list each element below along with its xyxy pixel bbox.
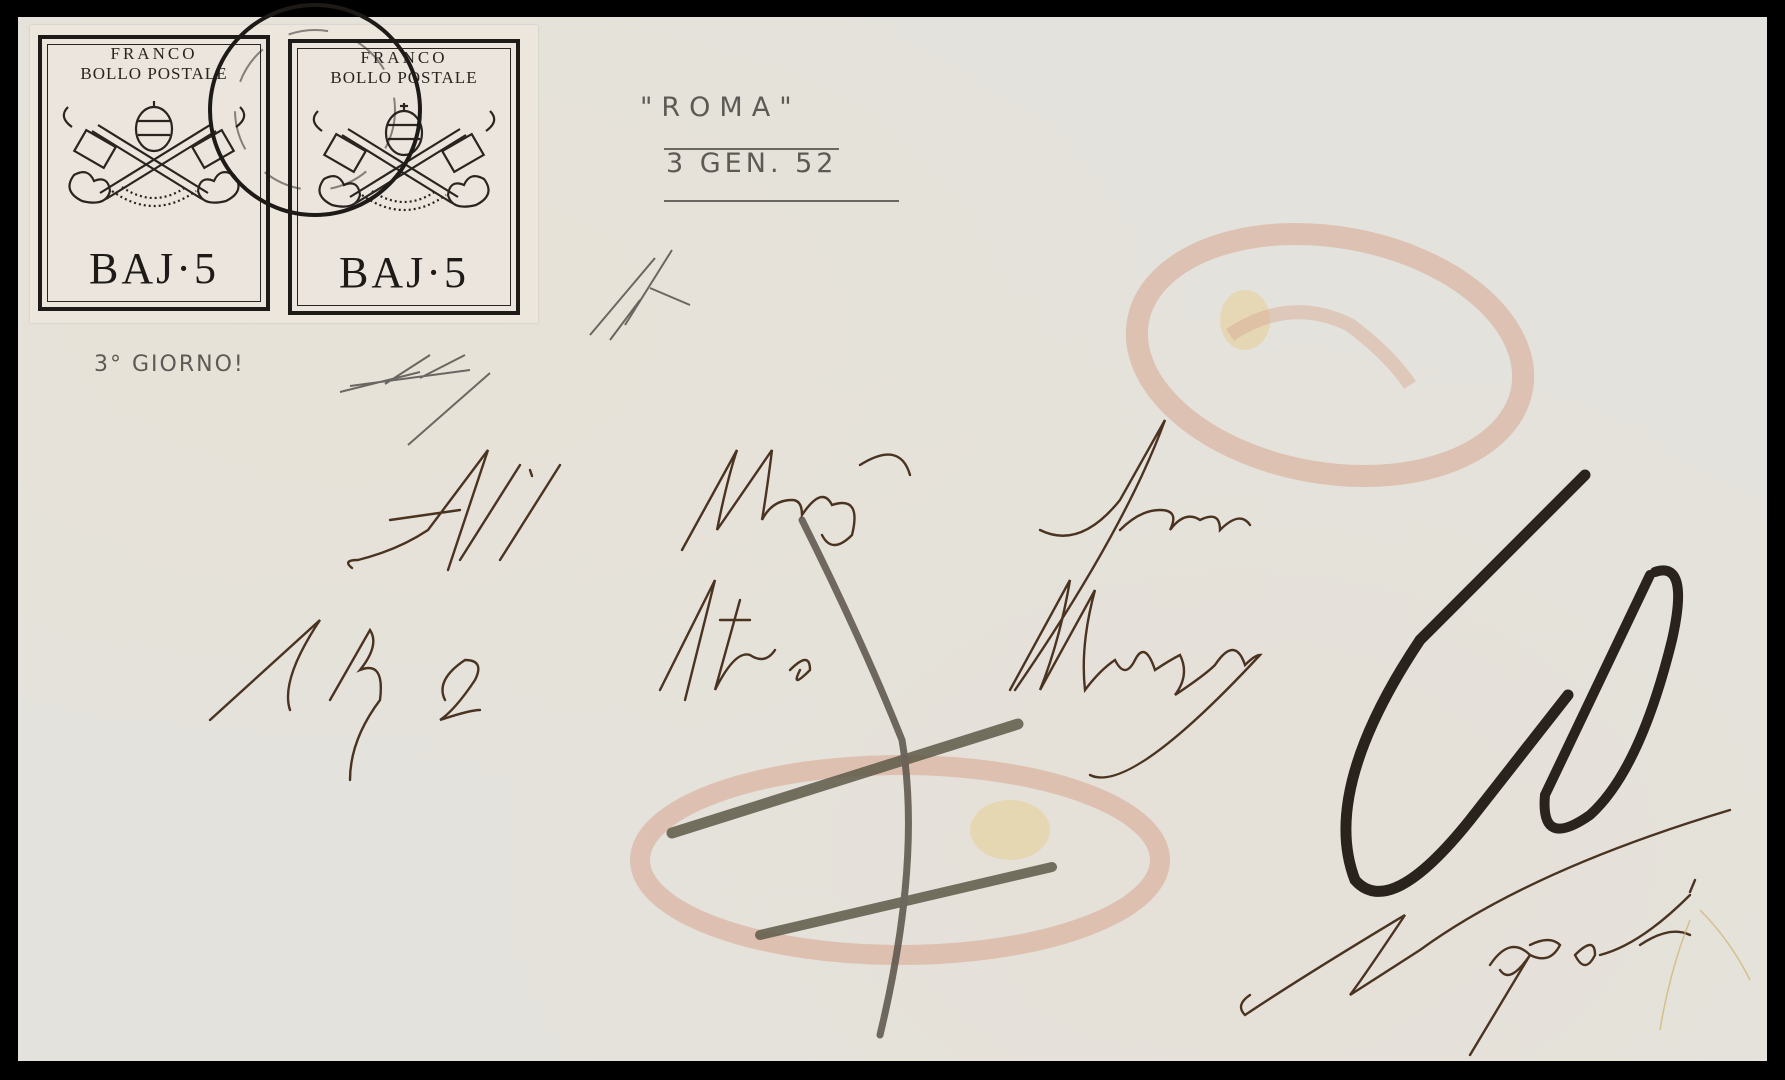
postage-due-label: 10 [1380,600,1381,601]
stamp-bollo-text: BOLLO POSTALE [292,69,516,87]
stamp-left: FRANCO BOLLO POSTALE BAJ·5 [38,35,270,311]
stamp-franco-text: FRANCO [292,49,516,67]
address-city: Napoli [1250,940,1253,941]
stamp-pair: FRANCO BOLLO POSTALE BAJ·5 FRANCO BOLLO … [30,25,538,323]
address-line-1: All' Illmo Signore [350,440,359,441]
stamp-franco-text: FRANCO [42,45,266,63]
pencil-remark: 3° GIORNO! [94,352,245,377]
stamp-bollo-text: BOLLO POSTALE [42,65,266,83]
address-line-2: Il Sig: D. Vittorio Manassei [210,600,224,601]
pencil-date-note: 3 GEN. 52 [666,148,837,179]
pencil-underline [664,200,899,202]
papal-keys-tiara-icon [302,95,506,245]
stamp-right: FRANCO BOLLO POSTALE BAJ·5 [288,39,520,315]
stamp-denomination: BAJ·5 [292,251,516,295]
pencil-origin-note: "ROMA" [640,92,801,123]
stamp-denomination: BAJ·5 [42,247,266,291]
papal-keys-tiara-icon [52,91,256,241]
